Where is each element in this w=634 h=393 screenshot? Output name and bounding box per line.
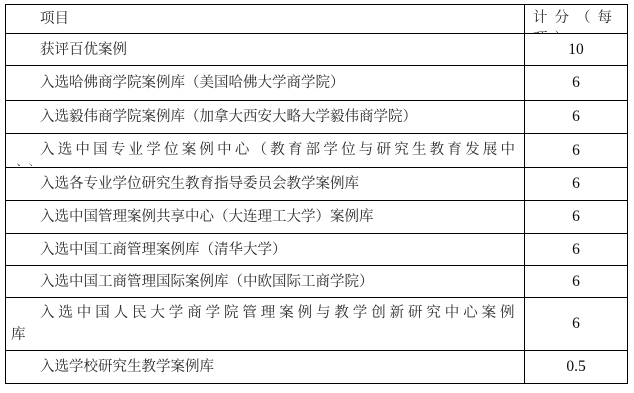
score-value: 6 (572, 241, 580, 258)
item-cell: 入选中国管理案例共享中心（大连理工大学）案例库 (6, 201, 525, 234)
header-item-cell: 项目 (6, 5, 525, 34)
score-cell: 6 (525, 201, 628, 234)
item-label: 入选中国工商管理国际案例库（中欧国际工商学院） (6, 271, 524, 293)
item-cell: 获评百优案例 (6, 34, 525, 66)
item-label: 获评百优案例 (6, 39, 524, 61)
item-label: 入选中国管理案例共享中心（大连理工大学）案例库 (6, 206, 524, 228)
item-cell: 入选毅伟商学院案例库（加拿大西安大略大学毅伟商学院） (6, 101, 525, 134)
item-label: 入选学校研究生教学案例库 (6, 356, 524, 378)
score-cell: 10 (525, 34, 628, 66)
score-value: 10 (568, 41, 584, 58)
table-row: 入选中国管理案例共享中心（大连理工大学）案例库 6 (6, 201, 628, 234)
score-cell: 6 (525, 134, 628, 168)
score-cell: 6 (525, 298, 628, 351)
table-row: 获评百优案例 10 (6, 34, 628, 66)
header-item-label: 项目 (6, 8, 524, 30)
item-label: 入选哈佛商学院案例库（美国哈佛大学商学院） (6, 72, 524, 94)
table-row: 入选中国专业学位案例中心（教育部学位与研究生教育发展中心） 6 (6, 134, 628, 168)
score-value: 6 (572, 315, 580, 332)
score-cell: 6 (525, 168, 628, 201)
header-score-cell: 计分（每项） (525, 5, 628, 34)
document-page: 项目 计分（每项） 获评百优案例 10 入选哈佛商学院案例库（美国哈佛大学商学院… (0, 0, 634, 393)
table-row: 入选中国工商管理国际案例库（中欧国际工商学院） 6 (6, 266, 628, 298)
table-row: 入选中国人民大学商学院管理案例与教学创新研究中心案例库 6 (6, 298, 628, 351)
score-value: 0.5 (566, 358, 585, 375)
score-value: 6 (572, 108, 580, 125)
score-cell: 6 (525, 66, 628, 101)
table-row: 入选毅伟商学院案例库（加拿大西安大略大学毅伟商学院） 6 (6, 101, 628, 134)
item-label: 入选毅伟商学院案例库（加拿大西安大略大学毅伟商学院） (6, 106, 524, 128)
score-cell: 6 (525, 234, 628, 266)
item-cell: 入选各专业学位研究生教育指导委员会教学案例库 (6, 168, 525, 201)
item-cell: 入选哈佛商学院案例库（美国哈佛大学商学院） (6, 66, 525, 101)
table-row: 入选各专业学位研究生教育指导委员会教学案例库 6 (6, 168, 628, 201)
score-value: 6 (572, 142, 580, 159)
score-value: 6 (572, 208, 580, 225)
item-cell: 入选中国专业学位案例中心（教育部学位与研究生教育发展中心） (6, 134, 525, 168)
item-cell: 入选中国工商管理案例库（清华大学） (6, 234, 525, 266)
item-label: 入选中国工商管理案例库（清华大学） (6, 239, 524, 261)
item-cell: 入选学校研究生教学案例库 (6, 351, 525, 384)
header-score-label: 计分（每项） (525, 8, 627, 33)
item-label: 入选各专业学位研究生教育指导委员会教学案例库 (6, 173, 524, 195)
score-value: 6 (572, 273, 580, 290)
score-cell: 6 (525, 266, 628, 298)
case-scoring-table: 项目 计分（每项） 获评百优案例 10 入选哈佛商学院案例库（美国哈佛大学商学院… (5, 4, 628, 384)
item-label: 入选中国人民大学商学院管理案例与教学创新研究中心案例库 (6, 302, 524, 346)
score-value: 6 (572, 175, 580, 192)
table-row: 入选学校研究生教学案例库 0.5 (6, 351, 628, 384)
table-row: 入选哈佛商学院案例库（美国哈佛大学商学院） 6 (6, 66, 628, 101)
score-cell: 6 (525, 101, 628, 134)
score-cell: 0.5 (525, 351, 628, 384)
table-header-row: 项目 计分（每项） (6, 5, 628, 34)
item-label: 入选中国专业学位案例中心（教育部学位与研究生教育发展中心） (6, 139, 524, 166)
table-row: 入选中国工商管理案例库（清华大学） 6 (6, 234, 628, 266)
item-cell: 入选中国人民大学商学院管理案例与教学创新研究中心案例库 (6, 298, 525, 351)
item-cell: 入选中国工商管理国际案例库（中欧国际工商学院） (6, 266, 525, 298)
score-value: 6 (572, 74, 580, 91)
